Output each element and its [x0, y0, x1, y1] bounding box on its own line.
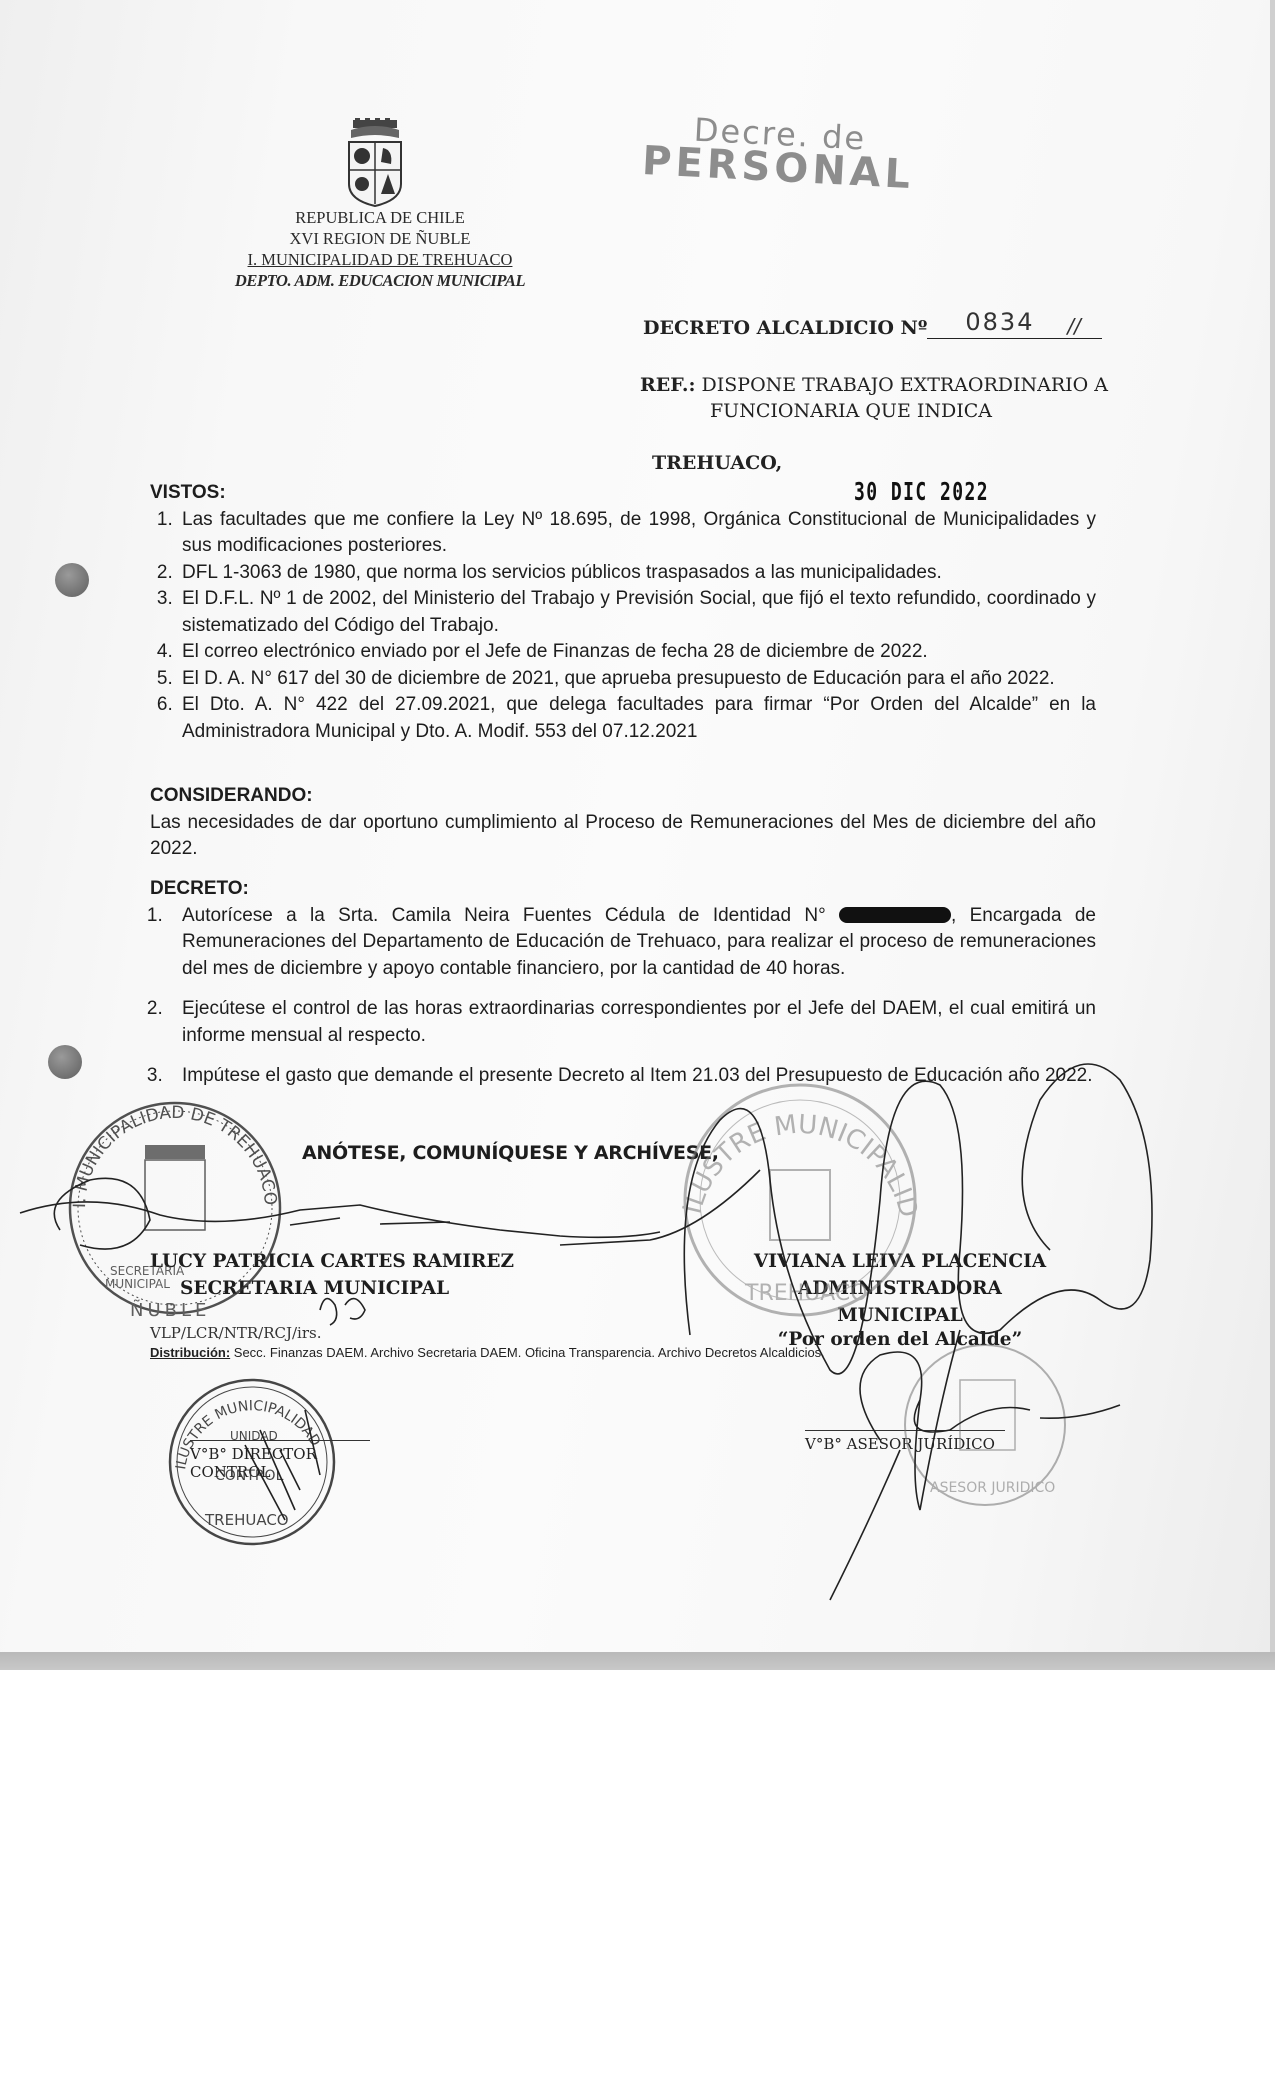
decreto-heading: DECRETO: [150, 876, 1096, 903]
ref-line-1: DISPONE TRABAJO EXTRAORDINARIO A [702, 374, 1108, 396]
vistos-item: El Dto. A. N° 422 del 27.09.2021, que de… [178, 692, 1096, 745]
initials: VLP/LCR/NTR/RCJ/irs. [150, 1324, 321, 1342]
punch-hole [55, 563, 89, 597]
signer-name: VIVIANA LEIVA PLACENCIA [740, 1248, 1060, 1275]
city: TREHUACO, [652, 452, 782, 474]
reference: REF.: DISPONE TRABAJO EXTRAORDINARIO A F… [640, 372, 1120, 424]
vistos-section: VISTOS: Las facultades que me confiere l… [150, 480, 1096, 745]
ref-label: REF.: [640, 374, 695, 396]
distribution-text: Secc. Finanzas DAEM. Archivo Secretaria … [230, 1345, 825, 1360]
punch-hole [48, 1045, 82, 1079]
letterhead-municipality: I. MUNICIPALIDAD DE TREHUACO [180, 249, 580, 270]
decree-number-suffix: // [1067, 314, 1080, 338]
ref-line-2: FUNCIONARIA QUE INDICA [640, 398, 1120, 424]
approval-control: V°B° DIRECTOR CONTROL [190, 1440, 370, 1481]
decreto-item-1-start: Autorícese a la Srta. Camila Neira Fuent… [182, 905, 839, 926]
page-edge [1270, 0, 1275, 1652]
considerando-section: CONSIDERANDO: Las necesidades de dar opo… [150, 783, 1096, 863]
letterhead-country: REPUBLICA DE CHILE [180, 207, 580, 228]
decree-number-line: DECRETO ALCALDICIO Nº0834// [643, 316, 1102, 339]
letterhead-region: XVI REGION DE ÑUBLE [180, 228, 580, 249]
signature-block-secretaria: LUCY PATRICIA CARTES RAMIREZ SECRETARIA … [150, 1248, 514, 1302]
vistos-heading: VISTOS: [150, 480, 1096, 507]
approval-juridico: V°B° ASESOR JURÍDICO [805, 1430, 1005, 1453]
personal-stamp: Decre. de PERSONAL [641, 108, 916, 192]
letterhead-department: DEPTO. ADM. EDUCACION MUNICIPAL [180, 270, 580, 291]
signer-name: LUCY PATRICIA CARTES RAMIREZ [150, 1248, 514, 1275]
redacted-id [839, 907, 951, 923]
page-edge-bottom [0, 1652, 1275, 1670]
considerando-text: Las necesidades de dar oportuno cumplimi… [150, 810, 1096, 863]
vistos-item: El D. A. N° 617 del 30 de diciembre de 2… [178, 666, 1096, 693]
decree-number-value: 0834 [965, 308, 1034, 336]
stamp-line-2: PERSONAL [641, 144, 915, 192]
vistos-item: DFL 1-3063 de 1980, que norma los servic… [178, 560, 1096, 587]
decreto-item: Impútese el gasto que demande el present… [168, 1063, 1096, 1090]
decree-number-label: DECRETO ALCALDICIO Nº [643, 317, 927, 339]
signer-title: ADMINISTRADORA MUNICIPAL [740, 1275, 1060, 1329]
distribution: Distribución: Secc. Finanzas DAEM. Archi… [150, 1345, 825, 1360]
letterhead: REPUBLICA DE CHILE XVI REGION DE ÑUBLE I… [180, 207, 580, 291]
decreto-item: Ejecútese el control de las horas extrao… [168, 996, 1096, 1049]
decreto-item: Autorícese a la Srta. Camila Neira Fuent… [168, 903, 1096, 983]
decreto-section: DECRETO: Autorícese a la Srta. Camila Ne… [150, 876, 1096, 1090]
vistos-item: Las facultades que me confiere la Ley Nº… [178, 507, 1096, 560]
vistos-item: El correo electrónico enviado por el Jef… [178, 639, 1096, 666]
vistos-item: El D.F.L. Nº 1 de 2002, del Ministerio d… [178, 586, 1096, 639]
signature-block-administradora: VIVIANA LEIVA PLACENCIA ADMINISTRADORA M… [740, 1248, 1060, 1351]
signer-title: SECRETARIA MUNICIPAL [150, 1275, 514, 1302]
closing-formula: ANÓTESE, COMUNÍQUESE Y ARCHÍVESE, [302, 1142, 719, 1164]
distribution-label: Distribución: [150, 1345, 230, 1360]
considerando-heading: CONSIDERANDO: [150, 783, 1096, 810]
coat-of-arms-icon [345, 118, 405, 208]
decree-number-field: 0834// [927, 316, 1102, 339]
